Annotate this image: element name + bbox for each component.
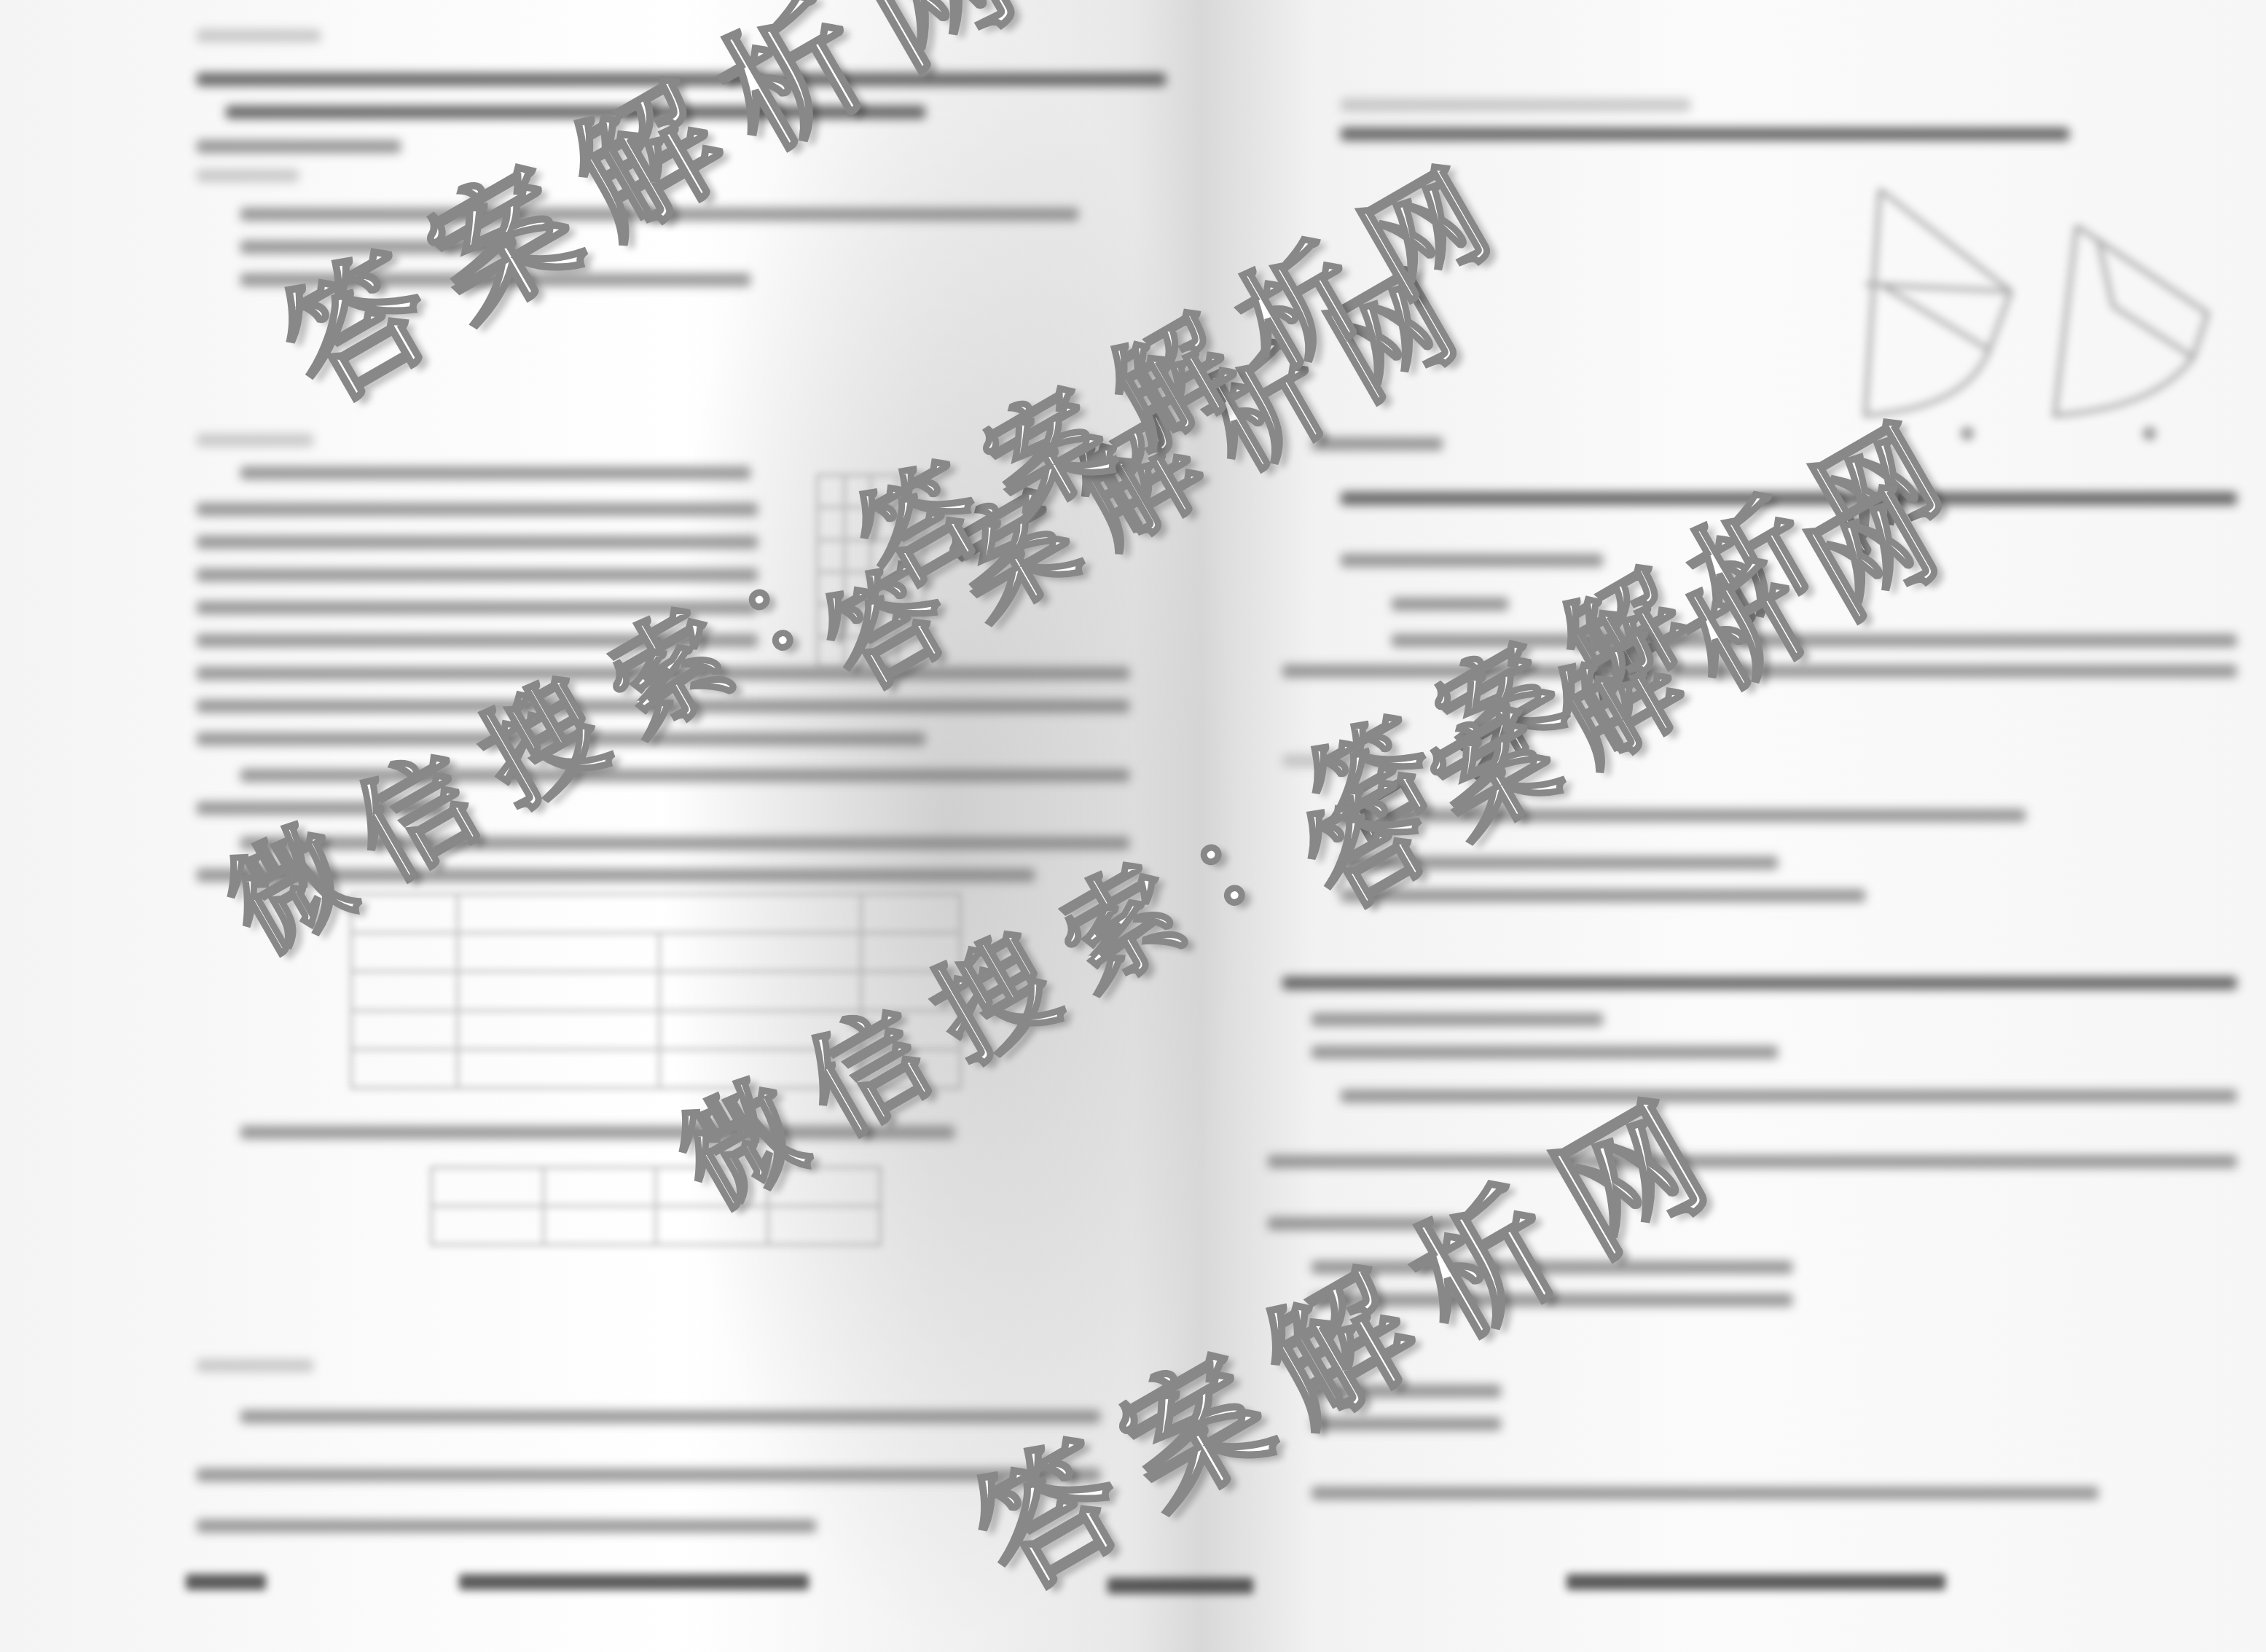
text-line (240, 466, 750, 479)
text-line (197, 503, 758, 516)
footer-mark (1107, 1578, 1253, 1594)
footer-page-number (459, 1574, 809, 1590)
footer-page-number (1567, 1574, 1945, 1590)
text-line (197, 536, 758, 549)
text-line (197, 140, 401, 153)
text-line (197, 1359, 313, 1372)
text-line (1312, 1013, 1603, 1026)
page-header (197, 29, 321, 42)
text-line (240, 1410, 1100, 1423)
section-heading (1282, 976, 2237, 990)
text-line (1312, 1487, 2098, 1500)
text-line (197, 169, 299, 182)
text-line (197, 1519, 816, 1532)
text-line (1341, 98, 1690, 111)
text-line (1268, 1155, 2237, 1168)
text-line (1341, 1089, 2237, 1103)
text-line (1312, 1046, 1778, 1059)
footer-mark (186, 1574, 266, 1590)
text-line (197, 434, 313, 447)
